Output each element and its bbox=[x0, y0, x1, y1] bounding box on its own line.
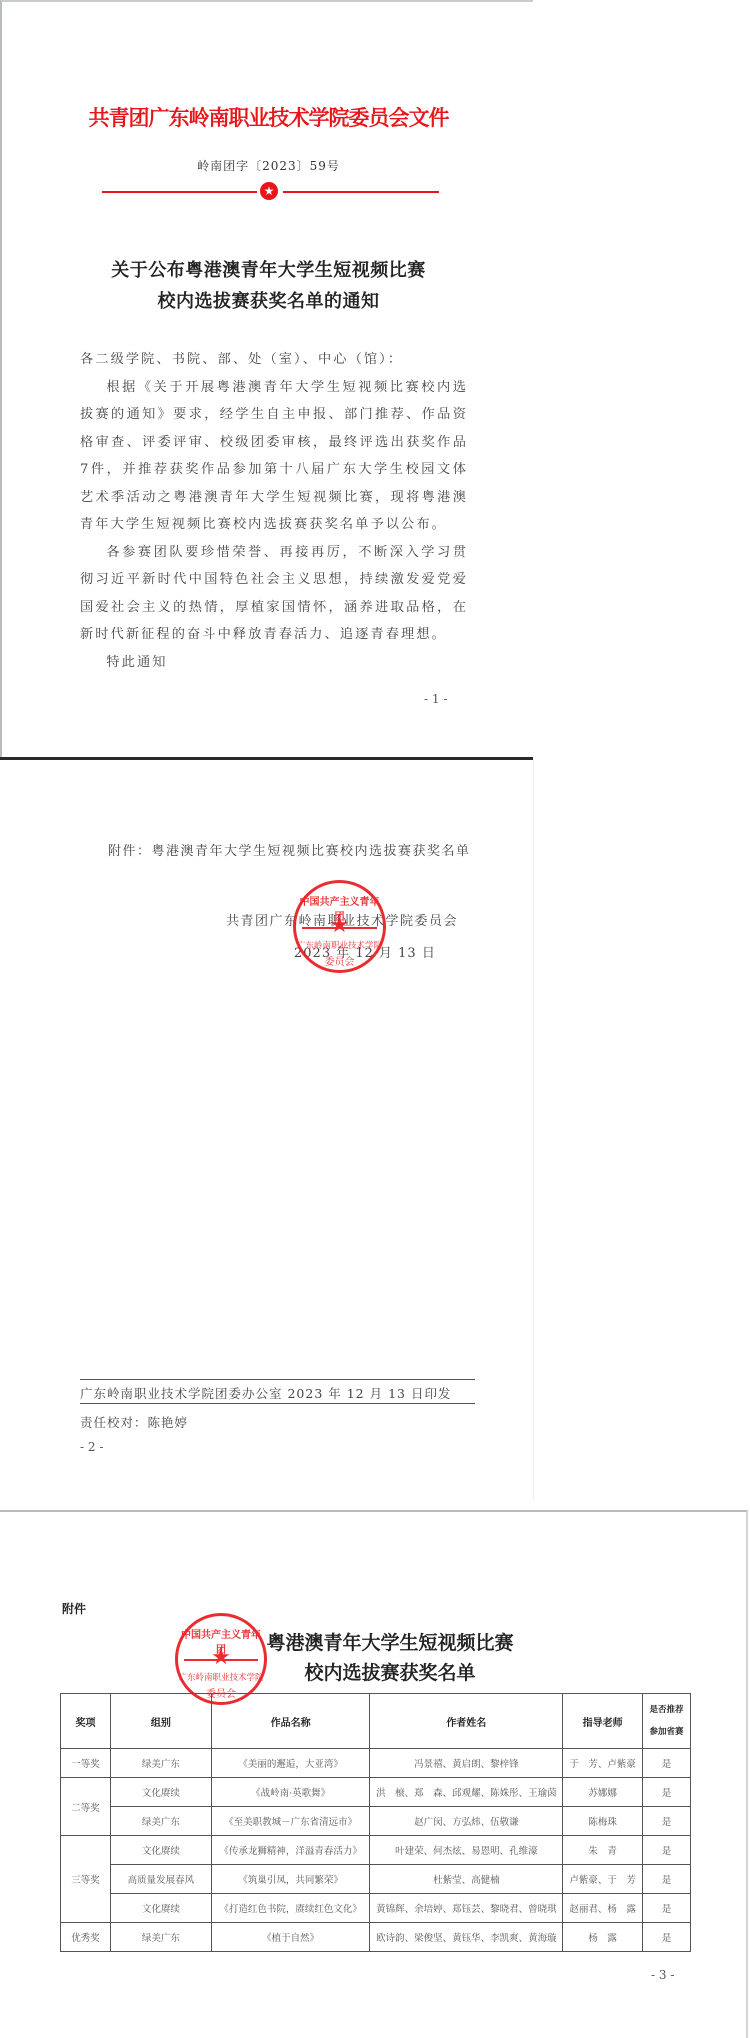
notice-title-line1: 关于公布粤港澳青年大学生短视频比赛 bbox=[2, 256, 535, 282]
header-advisor: 指导老师 bbox=[563, 1694, 643, 1749]
red-divider-right bbox=[283, 191, 439, 193]
document-number: 岭南团字〔2023〕59号 bbox=[2, 157, 535, 174]
cell-award: 三等奖 bbox=[61, 1836, 111, 1923]
footer-rule-bottom bbox=[80, 1403, 475, 1404]
cell-recommended: 是 bbox=[643, 1836, 691, 1865]
awards-table: 奖项 组别 作品名称 作者姓名 指导老师 是否推荐 参加省赛 一等奖 绿美广东 … bbox=[60, 1693, 691, 1952]
cell-work: 《筑巢引凤，共同繁荣》 bbox=[211, 1865, 370, 1894]
cell-award: 优秀奖 bbox=[61, 1923, 111, 1952]
table-row: 高质量发展春风 《筑巢引凤，共同繁荣》 杜紫莹、高健楠 卢紫豪、于 芳 是 bbox=[61, 1865, 691, 1894]
cell-authors: 冯景禧、黄启朗、黎梓锋 bbox=[370, 1749, 563, 1778]
attachment-label: 附件 bbox=[62, 1600, 86, 1617]
seal-line-3: 委员会 bbox=[296, 953, 383, 968]
body-paragraph-1: 根据《关于开展粤港澳青年大学生短视频比赛校内选拔赛的通知》要求，经学生自主申报、… bbox=[80, 374, 468, 539]
table-row: 文化赓续 《打造红色书院，赓续红色文化》 黄锦辉、余培婷、郑钰芸、黎晓君、曾晓琪… bbox=[61, 1894, 691, 1923]
cell-recommended: 是 bbox=[643, 1923, 691, 1952]
official-seal-icon: 中国共产主义青年团 ★ 广东岭南职业技术学院 委员会 bbox=[293, 880, 386, 973]
cell-work: 《美丽的邂逅，大亚湾》 bbox=[211, 1749, 370, 1778]
header-authors: 作者姓名 bbox=[370, 1694, 563, 1749]
cell-work: 《打造红色书院，赓续红色文化》 bbox=[211, 1894, 370, 1923]
table-row: 二等奖 文化赓续 《战岭南·英歌舞》 洪 榱、郑 森、邱观耀、陈姝彤、王瑜茵 苏… bbox=[61, 1778, 691, 1807]
seal-star-icon: ★ bbox=[178, 1647, 264, 1669]
cell-advisor: 赵丽君、杨 露 bbox=[563, 1894, 643, 1923]
cell-award: 二等奖 bbox=[61, 1778, 111, 1836]
header-recommended-line2: 参加省赛 bbox=[650, 1727, 684, 1737]
footer-rule-top bbox=[80, 1379, 475, 1380]
cell-group: 文化赓续 bbox=[110, 1894, 211, 1923]
cell-advisor: 卢紫豪、于 芳 bbox=[563, 1865, 643, 1894]
official-seal-icon: 中国共产主义青年团 ★ 广东岭南职业技术学院 委员会 bbox=[175, 1613, 267, 1705]
issue-line: 广东岭南职业技术学院团委办公室 2023 年 12 月 13 日印发 bbox=[80, 1384, 451, 1402]
page-number: - 2 - bbox=[80, 1440, 103, 1454]
cell-work: 《传承龙狮精神，洋溢青春活力》 bbox=[211, 1836, 370, 1865]
cell-advisor: 苏娜娜 bbox=[563, 1778, 643, 1807]
cell-work: 《战岭南·英歌舞》 bbox=[211, 1778, 370, 1807]
cell-group: 文化赓续 bbox=[110, 1836, 211, 1865]
document-page-1: 共青团广东岭南职业技术学院委员会文件 岭南团字〔2023〕59号 ★ 关于公布粤… bbox=[0, 0, 533, 757]
cell-advisor: 朱 青 bbox=[563, 1836, 643, 1865]
cell-authors: 洪 榱、郑 森、邱观耀、陈姝彤、王瑜茵 bbox=[370, 1778, 563, 1807]
cell-recommended: 是 bbox=[643, 1749, 691, 1778]
star-emblem-icon: ★ bbox=[260, 182, 278, 200]
header-work: 作品名称 bbox=[211, 1694, 370, 1749]
proofreader: 责任校对：陈艳婷 bbox=[80, 1413, 188, 1431]
notice-title-line2: 校内选拔赛获奖名单的通知 bbox=[2, 287, 535, 313]
seal-line-2: 广东岭南职业技术学院 bbox=[296, 939, 383, 951]
table-row: 优秀奖 绿美广东 《植于自然》 欧诗韵、梁俊坚、黄钰华、李凯爽、黄海璇 杨 露 … bbox=[61, 1923, 691, 1952]
cell-work: 《至美职教城－广东省清远市》 bbox=[211, 1807, 370, 1836]
header-recommended-line1: 是否推荐 bbox=[650, 1705, 684, 1715]
cell-advisor: 于 芳、卢紫豪 bbox=[563, 1749, 643, 1778]
cell-recommended: 是 bbox=[643, 1807, 691, 1836]
cell-group: 绿美广东 bbox=[110, 1807, 211, 1836]
table-header-row: 奖项 组别 作品名称 作者姓名 指导老师 是否推荐 参加省赛 bbox=[61, 1694, 691, 1749]
red-divider-left bbox=[102, 191, 257, 193]
cell-group: 文化赓续 bbox=[110, 1778, 211, 1807]
closing-text: 特此通知 bbox=[80, 649, 468, 677]
table-row: 三等奖 文化赓续 《传承龙狮精神，洋溢青春活力》 叶建荣、何杰炫、易恩明、孔维濠… bbox=[61, 1836, 691, 1865]
attachment-line: 附件：粤港澳青年大学生短视频比赛校内选拔赛获奖名单 bbox=[108, 840, 471, 859]
salutation: 各二级学院、书院、部、处（室）、中心（馆）： bbox=[80, 346, 468, 374]
body-paragraph-2: 各参赛团队要珍惜荣誉、再接再厉，不断深入学习贯彻习近平新时代中国特色社会主义思想… bbox=[80, 539, 468, 649]
seal-line-2: 广东岭南职业技术学院 bbox=[178, 1671, 264, 1683]
header-award: 奖项 bbox=[61, 1694, 111, 1749]
notice-body: 各二级学院、书院、部、处（室）、中心（馆）： 根据《关于开展粤港澳青年大学生短视… bbox=[80, 346, 468, 676]
header-recommended: 是否推荐 参加省赛 bbox=[643, 1694, 691, 1749]
cell-authors: 叶建荣、何杰炫、易恩明、孔维濠 bbox=[370, 1836, 563, 1865]
cell-authors: 杜紫莹、高健楠 bbox=[370, 1865, 563, 1894]
cell-group: 绿美广东 bbox=[110, 1749, 211, 1778]
cell-recommended: 是 bbox=[643, 1778, 691, 1807]
cell-award: 一等奖 bbox=[61, 1749, 111, 1778]
table-row: 绿美广东 《至美职教城－广东省清远市》 赵广闵、方弘炜、伍敬谦 陈梅珠 是 bbox=[61, 1807, 691, 1836]
page-number: - 1 - bbox=[424, 692, 447, 706]
cell-authors: 赵广闵、方弘炜、伍敬谦 bbox=[370, 1807, 563, 1836]
cell-group: 绿美广东 bbox=[110, 1923, 211, 1952]
cell-recommended: 是 bbox=[643, 1894, 691, 1923]
cell-recommended: 是 bbox=[643, 1865, 691, 1894]
cell-work: 《植于自然》 bbox=[211, 1923, 370, 1952]
page-number: - 3 - bbox=[651, 1968, 674, 1982]
header-group: 组别 bbox=[110, 1694, 211, 1749]
document-header-title: 共青团广东岭南职业技术学院委员会文件 bbox=[2, 102, 535, 132]
cell-authors: 黄锦辉、余培婷、郑钰芸、黎晓君、曾晓琪 bbox=[370, 1894, 563, 1923]
table-row: 一等奖 绿美广东 《美丽的邂逅，大亚湾》 冯景禧、黄启朗、黎梓锋 于 芳、卢紫豪… bbox=[61, 1749, 691, 1778]
cell-advisor: 陈梅珠 bbox=[563, 1807, 643, 1836]
seal-star-icon: ★ bbox=[296, 915, 383, 937]
cell-group: 高质量发展春风 bbox=[110, 1865, 211, 1894]
cell-authors: 欧诗韵、梁俊坚、黄钰华、李凯爽、黄海璇 bbox=[370, 1923, 563, 1952]
cell-advisor: 杨 露 bbox=[563, 1923, 643, 1952]
